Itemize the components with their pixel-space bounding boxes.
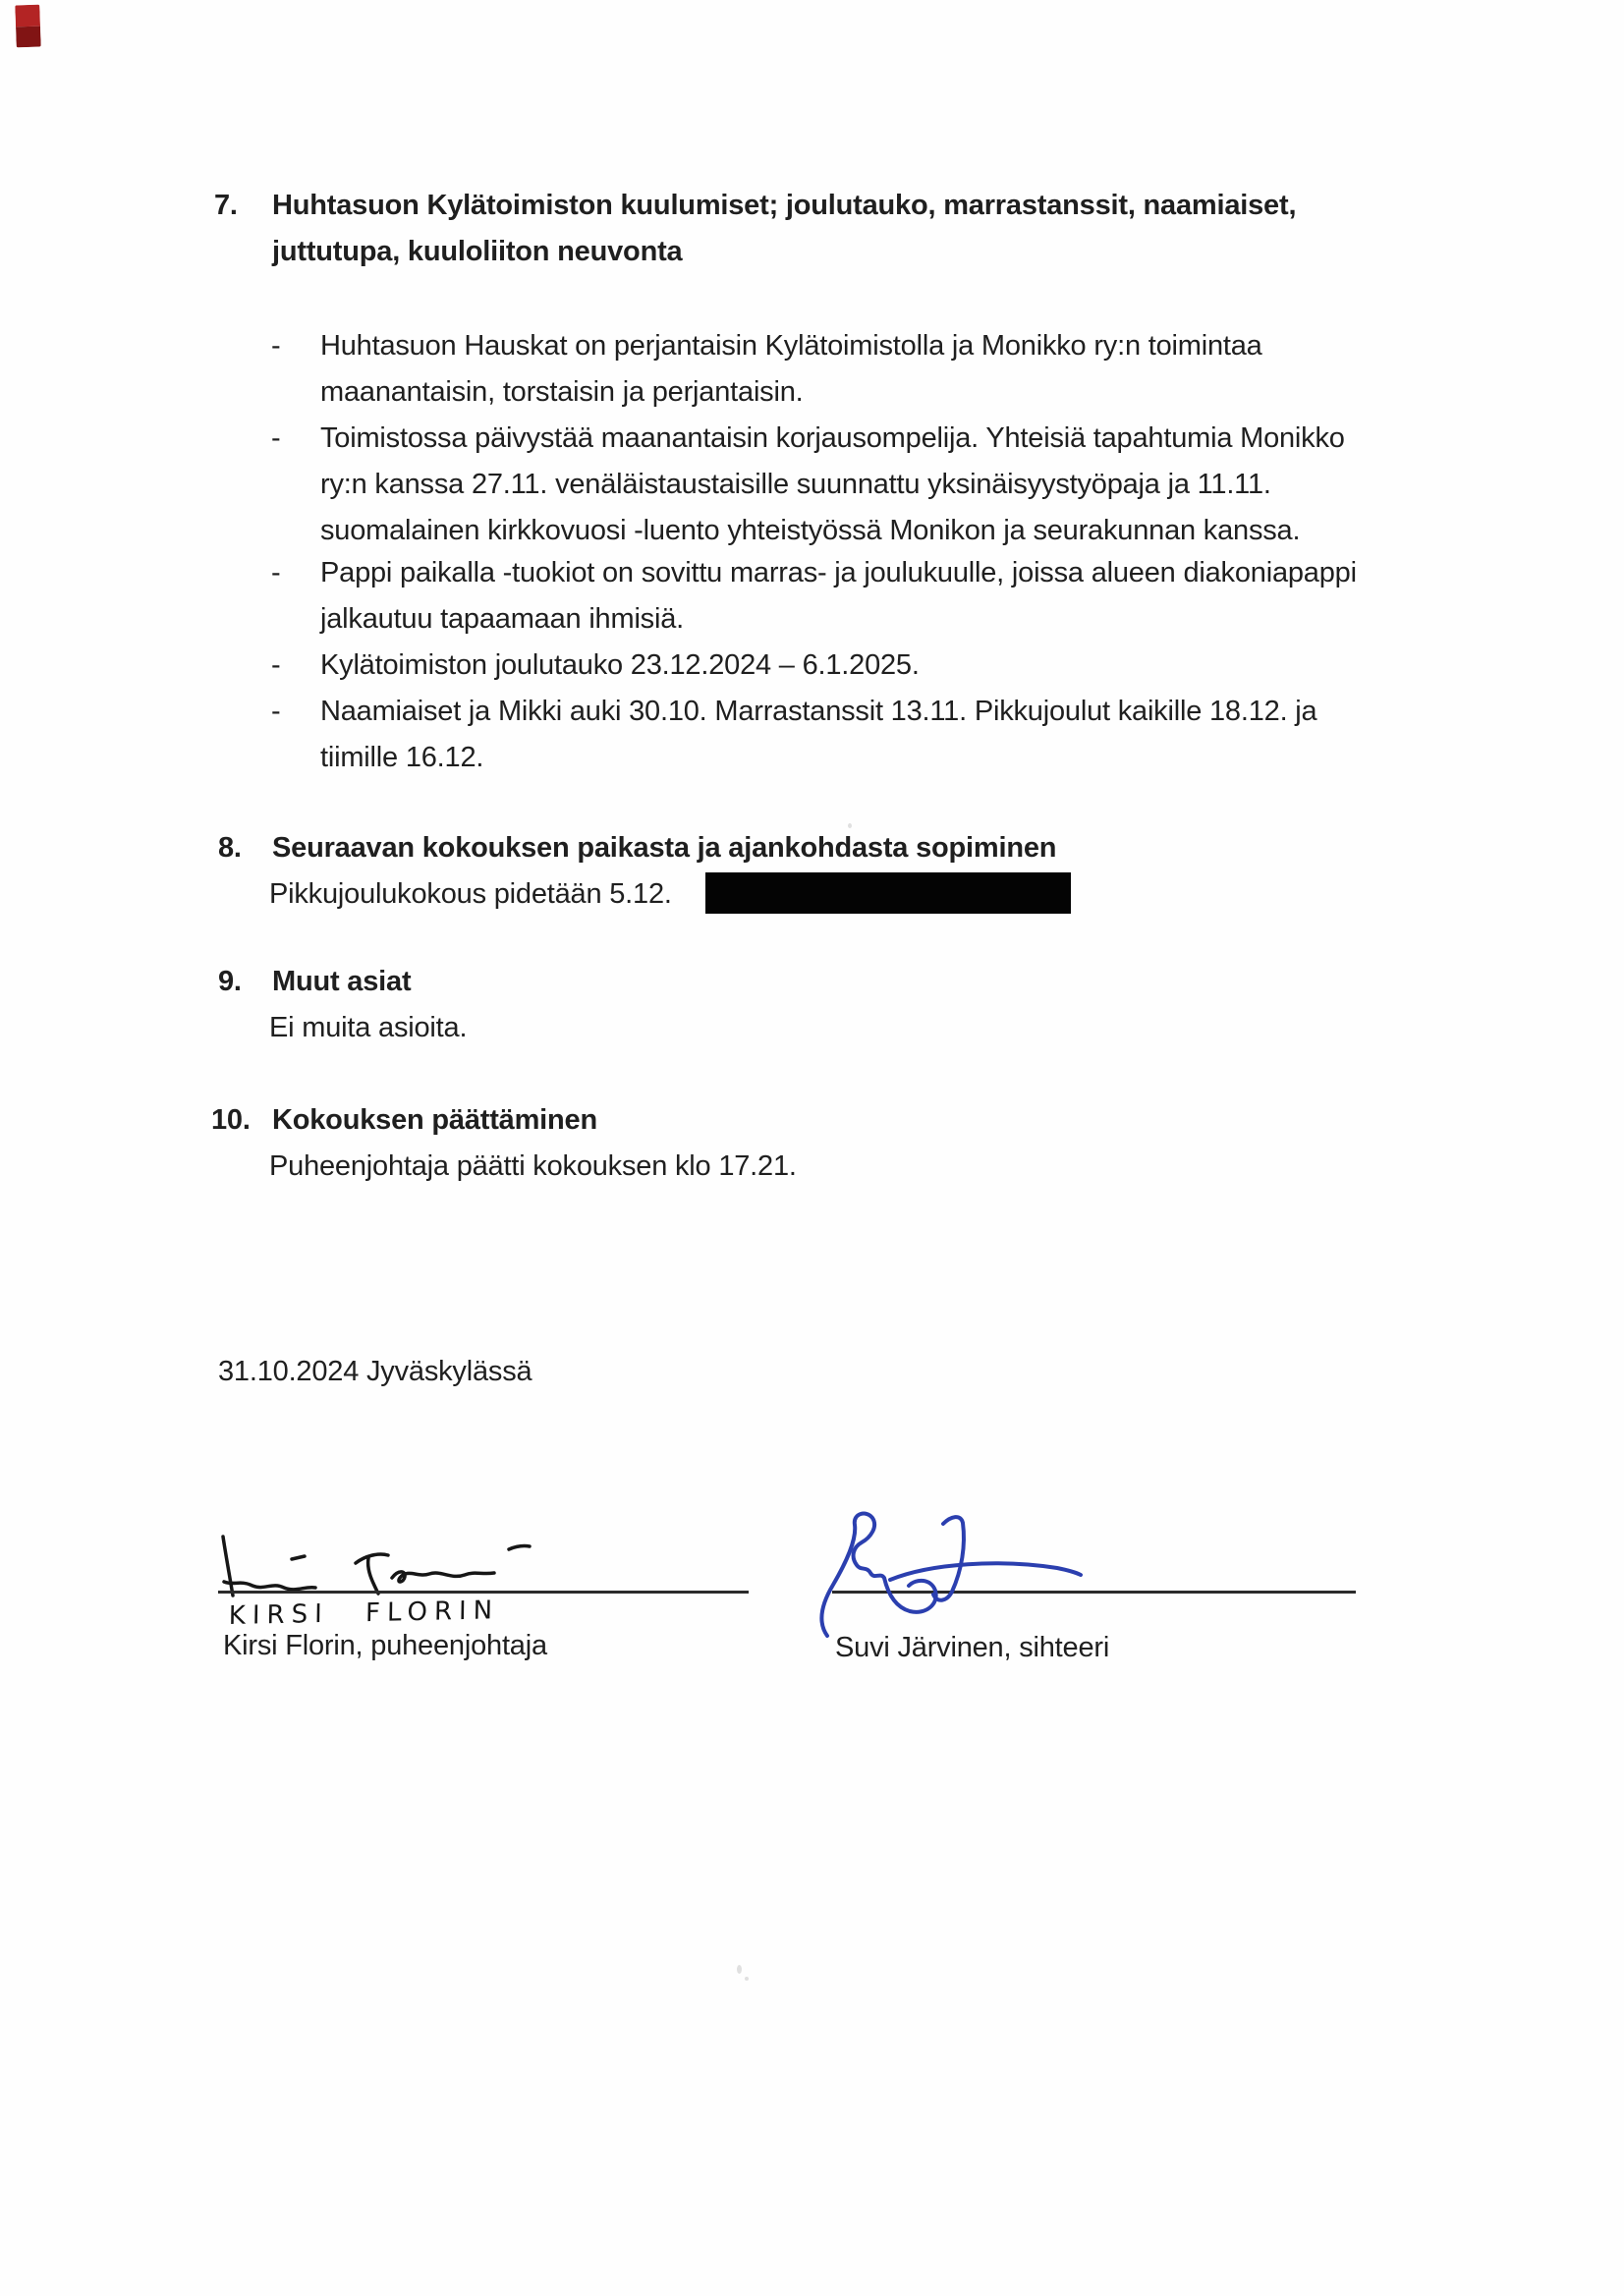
bullet-line: Toimistossa päivystää maanantaisin korja… bbox=[320, 424, 1345, 453]
bullet-line: Naamiaiset ja Mikki auki 30.10. Marrasta… bbox=[320, 698, 1316, 726]
printed-name-right: Suvi Järvinen, sihteeri bbox=[835, 1634, 1109, 1662]
red-corner-mark bbox=[15, 5, 40, 48]
bullet-line: Pappi paikalla -tuokiot on sovittu marra… bbox=[320, 559, 1357, 588]
redaction-box bbox=[705, 872, 1071, 914]
item-body: Ei muita asioita. bbox=[269, 1014, 467, 1042]
red-corner-mark-top bbox=[15, 5, 40, 27]
scan-speck bbox=[745, 1977, 749, 1981]
item-title-line: Seuraavan kokouksen paikasta ja ajankohd… bbox=[272, 834, 1056, 863]
scanned-document-page: 7. Huhtasuon Kylätoimiston kuulumiset; j… bbox=[0, 0, 1624, 2296]
bullet-dash: - bbox=[271, 424, 280, 453]
bullet-dash: - bbox=[271, 559, 280, 588]
item-body: Puheenjohtaja päätti kokouksen klo 17.21… bbox=[269, 1152, 797, 1181]
bullet-line: jalkautuu tapaamaan ihmisiä. bbox=[320, 605, 684, 634]
item-title-line: juttutupa, kuuloliiton neuvonta bbox=[272, 238, 682, 266]
item-number: 8. bbox=[218, 834, 242, 863]
handwritten-name-caps: KIRSI FLORIN bbox=[229, 1596, 500, 1631]
bullet-line: tiimille 16.12. bbox=[320, 744, 483, 772]
scan-speck bbox=[848, 823, 852, 828]
bullet-line: Kylätoimiston joulutauko 23.12.2024 – 6.… bbox=[320, 651, 920, 680]
date-line: 31.10.2024 Jyväskylässä bbox=[218, 1358, 532, 1386]
printed-name-left: Kirsi Florin, puheenjohtaja bbox=[223, 1632, 547, 1660]
bullet-dash: - bbox=[271, 651, 280, 680]
item-number: 7. bbox=[214, 192, 238, 220]
item-title-line: Huhtasuon Kylätoimiston kuulumiset; joul… bbox=[272, 192, 1296, 220]
bullet-dash: - bbox=[271, 698, 280, 726]
bullet-line: suomalainen kirkkovuosi -luento yhteisty… bbox=[320, 517, 1300, 545]
signature-rule-left bbox=[218, 1591, 749, 1594]
item-number: 10. bbox=[211, 1106, 251, 1135]
item-body: Pikkujoulukokous pidetään 5.12. bbox=[269, 880, 672, 909]
suvi-jarvinen-signature-scrawl bbox=[806, 1508, 1100, 1641]
item-number: 9. bbox=[218, 968, 242, 996]
bullet-line: maanantaisin, torstaisin ja perjantaisin… bbox=[320, 378, 804, 407]
scan-speck bbox=[737, 1965, 742, 1974]
bullet-line: Huhtasuon Hauskat on perjantaisin Kyläto… bbox=[320, 332, 1262, 361]
red-corner-mark-bottom bbox=[16, 26, 41, 47]
bullet-line: ry:n kanssa 27.11. venäläistaustaisille … bbox=[320, 471, 1271, 499]
item-title-line: Muut asiat bbox=[272, 968, 411, 996]
item-title-line: Kokouksen päättäminen bbox=[272, 1106, 597, 1135]
bullet-dash: - bbox=[271, 332, 280, 361]
